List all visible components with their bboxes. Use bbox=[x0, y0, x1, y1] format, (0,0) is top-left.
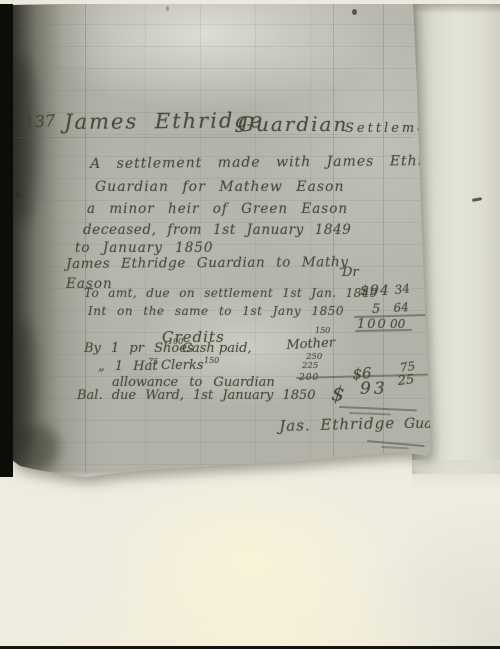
body-line-6: James Ethridge Guardian to Mathy bbox=[66, 254, 349, 272]
gutter-blotch bbox=[14, 425, 60, 469]
credit1-price: 100 bbox=[168, 337, 183, 346]
header-rule bbox=[14, 137, 413, 138]
body-line-1: A settlement made with James Ethridge bbox=[90, 153, 460, 172]
title-name: James Ethridge bbox=[64, 108, 264, 134]
body-line-3: a minor heir of Green Eason bbox=[87, 201, 348, 217]
debit-row1-cents: 34 bbox=[394, 281, 411, 297]
margin-scribble: ₤ bbox=[12, 182, 23, 202]
credit2-item2: Clerks bbox=[161, 358, 204, 373]
credit2-price: 75 bbox=[148, 357, 158, 366]
body-line-5: to January 1850 bbox=[75, 240, 213, 256]
credit1-price2: 150 bbox=[315, 326, 330, 335]
credit1-item2: Cash paid, bbox=[182, 341, 252, 356]
credit2-sum: 225 bbox=[302, 361, 318, 371]
ink-speck bbox=[166, 6, 169, 11]
balance-flourish bbox=[339, 406, 417, 411]
credit1-payee: Mother bbox=[286, 335, 335, 353]
entry-number: 137 bbox=[24, 111, 56, 132]
book-edge-left bbox=[0, 3, 13, 477]
document-scan: 137 James Ethridge Guardian Settlement A… bbox=[0, 0, 500, 649]
title-kind: Settlement bbox=[345, 121, 448, 136]
margin-rule bbox=[85, 4, 86, 474]
signature-name: Jas. Ethridge bbox=[279, 414, 395, 435]
ledger-sheet-wrap: 137 James Ethridge Guardian Settlement A… bbox=[0, 0, 440, 480]
body-line-4: deceased, from 1st January 1849 bbox=[83, 222, 352, 238]
balance-desc: Bal. due Ward, 1st January 1850 bbox=[77, 388, 316, 403]
ink-speck bbox=[352, 9, 357, 15]
debit-row1-desc: To amt, due on settlement 1st Jan. 1849 bbox=[84, 286, 378, 300]
balance-dollar-sign: $ bbox=[330, 381, 345, 406]
debit-row1-dollars: $94 bbox=[360, 283, 390, 299]
balance-cents: 25 bbox=[397, 372, 415, 389]
debit-label: Dr bbox=[342, 265, 359, 280]
credit2-price2: 150 bbox=[204, 356, 219, 365]
signature-flourish-2 bbox=[381, 446, 409, 449]
debit-row2-desc: Int on the same to 1st Jany 1850 bbox=[88, 304, 344, 318]
ledger-page: 137 James Ethridge Guardian Settlement A… bbox=[0, 0, 440, 480]
signature-role: Guar bbox=[404, 416, 439, 432]
title-role: Guardian bbox=[238, 112, 348, 136]
body-line-2: Guardian for Mathew Eason bbox=[95, 179, 344, 195]
gutter-blotch bbox=[10, 320, 38, 450]
scan-top-strip bbox=[0, 0, 500, 4]
debit-row2-cents: 64 bbox=[393, 300, 409, 315]
balance-dollars: 93 bbox=[360, 379, 388, 399]
